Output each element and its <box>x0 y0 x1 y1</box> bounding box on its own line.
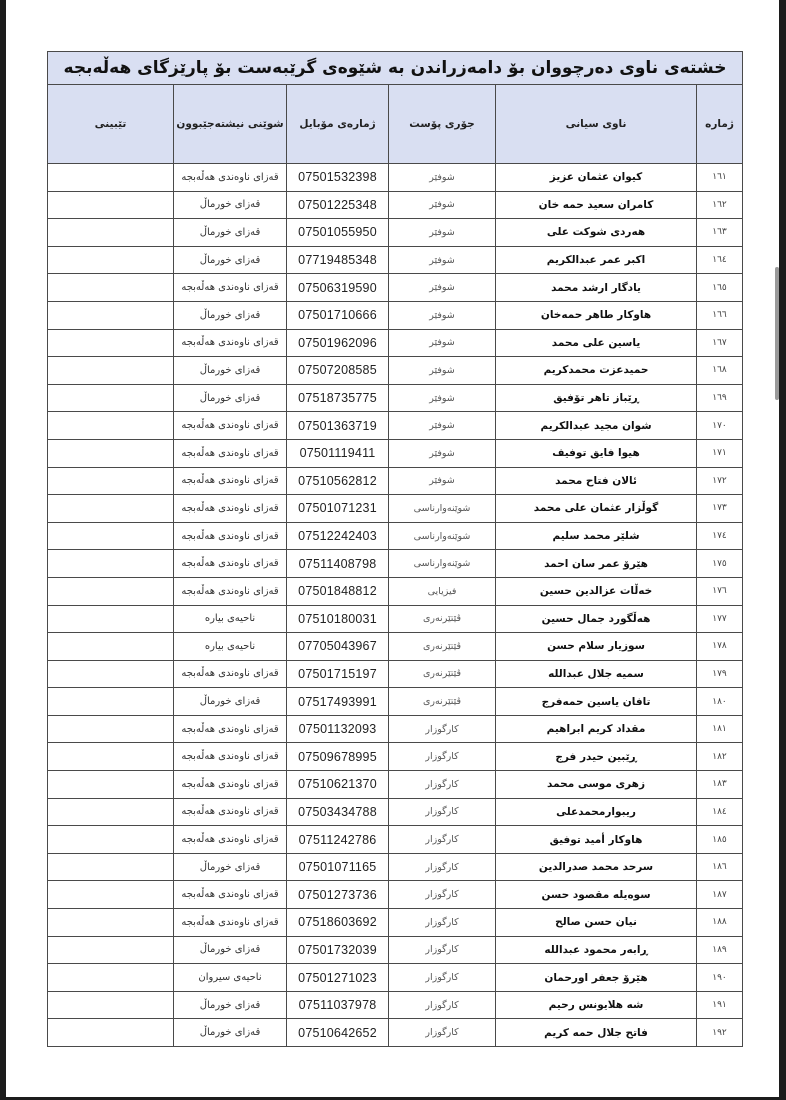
notes-cell <box>48 688 174 716</box>
residence-cell: قەزای ناوەندی هەڵەبجە <box>174 329 287 357</box>
table-row: ١٨٢ڕێبین حیدر فرجکارگوزار07509678995قەزا… <box>48 743 743 771</box>
column-header-mobile: ژمارەی مۆبایل <box>287 85 389 164</box>
table-row: ١٦٧یاسین علی محمدشوفێر07501962096قەزای ن… <box>48 329 743 357</box>
residence-cell: قەزای خورماڵ <box>174 991 287 1019</box>
job-type-cell: شوێنەوارناسی <box>389 495 496 523</box>
full-name-cell: خەڵات عزالدین حسین <box>496 577 697 605</box>
notes-cell <box>48 1019 174 1047</box>
row-number: ١٧٩ <box>697 660 743 688</box>
full-name-cell: هاوکار أمید توفیق <box>496 826 697 854</box>
job-type-cell: کارگوزار <box>389 715 496 743</box>
table-row: ١٧٠شوان مجید عبدالکریمشوفێر07501363719قە… <box>48 412 743 440</box>
table-row: ١٦٥یادگار ارشد محمدشوفێر07506319590قەزای… <box>48 274 743 302</box>
notes-cell <box>48 219 174 247</box>
residence-cell: قەزای ناوەندی هەڵەبجە <box>174 467 287 495</box>
table-row: ١٦١کیوان عثمان عزیزشوفێر07501532398قەزای… <box>48 164 743 192</box>
row-number: ١٧٠ <box>697 412 743 440</box>
row-number: ١٦٤ <box>697 246 743 274</box>
table-row: ١٨٦سرحد محمد صدرالدینکارگوزار07501071165… <box>48 853 743 881</box>
row-number: ١٨٥ <box>697 826 743 854</box>
full-name-cell: کامران سعید حمه خان <box>496 191 697 219</box>
row-number: ١٨٣ <box>697 771 743 799</box>
notes-cell <box>48 246 174 274</box>
residence-cell: قەزای خورماڵ <box>174 853 287 881</box>
mobile-cell: 07501071231 <box>287 495 389 523</box>
notes-cell <box>48 522 174 550</box>
mobile-cell: 07510562812 <box>287 467 389 495</box>
table-row: ١٨١مقداد کریم ابراهیمکارگوزار07501132093… <box>48 715 743 743</box>
full-name-cell: مقداد کریم ابراهیم <box>496 715 697 743</box>
table-row: ١٧٩سمیە جلال عبداللهڤێتێرنەری07501715197… <box>48 660 743 688</box>
job-type-cell: کارگوزار <box>389 881 496 909</box>
residence-cell: قەزای ناوەندی هەڵەبجە <box>174 715 287 743</box>
notes-cell <box>48 467 174 495</box>
residence-cell: ناحیەی بیارە <box>174 605 287 633</box>
notes-cell <box>48 577 174 605</box>
full-name-cell: سوەیلە مقصود حسن <box>496 881 697 909</box>
mobile-cell: 07511037978 <box>287 991 389 1019</box>
notes-cell <box>48 329 174 357</box>
notes-cell <box>48 853 174 881</box>
job-type-cell: شوفێر <box>389 384 496 412</box>
mobile-cell: 07705043967 <box>287 633 389 661</box>
full-name-cell: ڕێبین حیدر فرج <box>496 743 697 771</box>
residence-cell: قەزای ناوەندی هەڵەبجە <box>174 577 287 605</box>
table-row: ١٨٥هاوکار أمید توفیقکارگوزار07511242786ق… <box>48 826 743 854</box>
notes-cell <box>48 936 174 964</box>
table-row: ١٩١شە هلایونس رحیمکارگوزار07511037978قەز… <box>48 991 743 1019</box>
row-number: ١٩٢ <box>697 1019 743 1047</box>
full-name-cell: تافان یاسین حمەفرج <box>496 688 697 716</box>
job-type-cell: کارگوزار <box>389 1019 496 1047</box>
viewer-right-edge <box>779 0 786 1100</box>
row-number: ١٧٢ <box>697 467 743 495</box>
notes-cell <box>48 412 174 440</box>
job-type-cell: کارگوزار <box>389 936 496 964</box>
notes-cell <box>48 991 174 1019</box>
full-name-cell: ئالان فتاح محمد <box>496 467 697 495</box>
job-type-cell: کارگوزار <box>389 964 496 992</box>
row-number: ١٧٨ <box>697 633 743 661</box>
residence-cell: قەزای ناوەندی هەڵەبجە <box>174 274 287 302</box>
table-row: ١٦٢کامران سعید حمه خانشوفێر07501225348قە… <box>48 191 743 219</box>
row-number: ١٧٣ <box>697 495 743 523</box>
residence-cell: قەزای خورماڵ <box>174 357 287 385</box>
residence-cell: قەزای خورماڵ <box>174 1019 287 1047</box>
row-number: ١٨٩ <box>697 936 743 964</box>
notes-cell <box>48 909 174 937</box>
full-name-cell: نیان حسن صالح <box>496 909 697 937</box>
mobile-cell: 07501732039 <box>287 936 389 964</box>
job-type-cell: کارگوزار <box>389 826 496 854</box>
job-type-cell: کارگوزار <box>389 853 496 881</box>
full-name-cell: هاوکار طاهر حمەخان <box>496 301 697 329</box>
table-row: ١٦٨حمیدعزت محمدکریمشوفێر07507208585قەزای… <box>48 357 743 385</box>
mobile-cell: 07512242403 <box>287 522 389 550</box>
notes-cell <box>48 771 174 799</box>
job-type-cell: شوفێر <box>389 329 496 357</box>
notes-cell <box>48 633 174 661</box>
mobile-cell: 07501055950 <box>287 219 389 247</box>
viewer-left-edge <box>0 0 6 1100</box>
notes-cell <box>48 660 174 688</box>
row-number: ١٩٠ <box>697 964 743 992</box>
notes-cell <box>48 384 174 412</box>
residence-cell: قەزای ناوەندی هەڵەبجە <box>174 881 287 909</box>
row-number: ١٦٦ <box>697 301 743 329</box>
row-number: ١٦٧ <box>697 329 743 357</box>
table-row: ١٧٢ئالان فتاح محمدشوفێر07510562812قەزای … <box>48 467 743 495</box>
full-name-cell: شلێر محمد سلیم <box>496 522 697 550</box>
job-type-cell: کارگوزار <box>389 743 496 771</box>
job-type-cell: شوێنەوارناسی <box>389 550 496 578</box>
job-type-cell: شوفێر <box>389 164 496 192</box>
row-number: ١٩١ <box>697 991 743 1019</box>
residence-cell: قەزای ناوەندی هەڵەبجە <box>174 412 287 440</box>
job-type-cell: شوفێر <box>389 301 496 329</box>
job-type-cell: شوێنەوارناسی <box>389 522 496 550</box>
table-row: ١٦٤اکبر عمر عبدالکریمشوفێر07719485348قەز… <box>48 246 743 274</box>
full-name-cell: اکبر عمر عبدالکریم <box>496 246 697 274</box>
mobile-cell: 07501273736 <box>287 881 389 909</box>
table-row: ١٦٩ڕێباز تاهر تۆفیقشوفێر07518735775قەزای… <box>48 384 743 412</box>
row-number: ١٦٥ <box>697 274 743 302</box>
residence-cell: قەزای خورماڵ <box>174 246 287 274</box>
full-name-cell: فاتح جلال حمە کریم <box>496 1019 697 1047</box>
full-name-cell: هەڵگورد جمال حسین <box>496 605 697 633</box>
notes-cell <box>48 881 174 909</box>
table-row: ١٧٥هێرۆ عمر سان احمدشوێنەوارناسی07511408… <box>48 550 743 578</box>
mobile-cell: 07501132093 <box>287 715 389 743</box>
notes-cell <box>48 798 174 826</box>
mobile-cell: 07518735775 <box>287 384 389 412</box>
mobile-cell: 07510621370 <box>287 771 389 799</box>
table-row: ١٨٧سوەیلە مقصود حسنکارگوزار07501273736قە… <box>48 881 743 909</box>
mobile-cell: 07509678995 <box>287 743 389 771</box>
column-header-job-type: جۆری پۆست <box>389 85 496 164</box>
full-name-cell: سوزیار سلام حسن <box>496 633 697 661</box>
notes-cell <box>48 357 174 385</box>
mobile-cell: 07501848812 <box>287 577 389 605</box>
column-header-number: ژمارە <box>697 85 743 164</box>
residence-cell: قەزای خورماڵ <box>174 384 287 412</box>
job-type-cell: کارگوزار <box>389 798 496 826</box>
job-type-cell: ڤێتێرنەری <box>389 633 496 661</box>
residence-cell: قەزای خورماڵ <box>174 936 287 964</box>
mobile-cell: 07506319590 <box>287 274 389 302</box>
notes-cell <box>48 743 174 771</box>
mobile-cell: 07518603692 <box>287 909 389 937</box>
notes-cell <box>48 605 174 633</box>
mobile-cell: 07501271023 <box>287 964 389 992</box>
row-number: ١٧٤ <box>697 522 743 550</box>
notes-cell <box>48 274 174 302</box>
full-name-cell: هێرۆ عمر سان احمد <box>496 550 697 578</box>
full-name-cell: یاسین علی محمد <box>496 329 697 357</box>
row-number: ١٨٢ <box>697 743 743 771</box>
notes-cell <box>48 826 174 854</box>
mobile-cell: 07501119411 <box>287 439 389 467</box>
table-row: ١٨٤ریبوارمحمدعلیکارگوزار07503434788قەزای… <box>48 798 743 826</box>
residence-cell: قەزای ناوەندی هەڵەبجە <box>174 743 287 771</box>
full-name-cell: شوان مجید عبدالکریم <box>496 412 697 440</box>
job-type-cell: شوفێر <box>389 274 496 302</box>
job-type-cell: کارگوزار <box>389 991 496 1019</box>
job-type-cell: فیزیایی <box>389 577 496 605</box>
residence-cell: قەزای ناوەندی هەڵەبجە <box>174 826 287 854</box>
mobile-cell: 07501962096 <box>287 329 389 357</box>
mobile-cell: 07501363719 <box>287 412 389 440</box>
mobile-cell: 07511242786 <box>287 826 389 854</box>
document-page: خشتەی ناوی دەرچووان بۆ دامەزراندن بە شێو… <box>47 51 742 1047</box>
mobile-cell: 07511408798 <box>287 550 389 578</box>
notes-cell <box>48 301 174 329</box>
full-name-cell: سمیە جلال عبدالله <box>496 660 697 688</box>
table-row: ١٧٤شلێر محمد سلیمشوێنەوارناسی07512242403… <box>48 522 743 550</box>
table-row: ١٧٣گوڵزار عثمان علی محمدشوێنەوارناسی0750… <box>48 495 743 523</box>
job-type-cell: شوفێر <box>389 357 496 385</box>
notes-cell <box>48 164 174 192</box>
mobile-cell: 07501715197 <box>287 660 389 688</box>
full-name-cell: گوڵزار عثمان علی محمد <box>496 495 697 523</box>
row-number: ١٦٨ <box>697 357 743 385</box>
full-name-cell: یادگار ارشد محمد <box>496 274 697 302</box>
residence-cell: قەزای ناوەندی هەڵەبجە <box>174 909 287 937</box>
table-row: ١٨٣زهری موسی محمدکارگوزار07510621370قەزا… <box>48 771 743 799</box>
column-header-residence: شوێنی نیشتەجێبوون <box>174 85 287 164</box>
table-row: ١٨٠تافان یاسین حمەفرجڤێتێرنەری0751749399… <box>48 688 743 716</box>
job-type-cell: ڤێتێرنەری <box>389 660 496 688</box>
row-number: ١٦٣ <box>697 219 743 247</box>
full-name-cell: ڕابەر محمود عبدالله <box>496 936 697 964</box>
job-type-cell: شوفێر <box>389 191 496 219</box>
residence-cell: قەزای خورماڵ <box>174 688 287 716</box>
row-number: ١٦٩ <box>697 384 743 412</box>
job-type-cell: شوفێر <box>389 246 496 274</box>
full-name-cell: هێرۆ جعفر اورحمان <box>496 964 697 992</box>
mobile-cell: 07501071165 <box>287 853 389 881</box>
mobile-cell: 07510180031 <box>287 605 389 633</box>
table-body: ١٦١کیوان عثمان عزیزشوفێر07501532398قەزای… <box>48 164 743 1047</box>
mobile-cell: 07501532398 <box>287 164 389 192</box>
residence-cell: قەزای ناوەندی هەڵەبجە <box>174 798 287 826</box>
column-header-full-name: ناوی سیانی <box>496 85 697 164</box>
table-row: ١٦٣هەردی شوکت علیشوفێر07501055950قەزای خ… <box>48 219 743 247</box>
full-name-cell: هەردی شوکت علی <box>496 219 697 247</box>
row-number: ١٦٢ <box>697 191 743 219</box>
row-number: ١٧٧ <box>697 605 743 633</box>
job-type-cell: شوفێر <box>389 467 496 495</box>
table-row: ١٧٨سوزیار سلام حسنڤێتێرنەری07705043967نا… <box>48 633 743 661</box>
table-row: ١٧٦خەڵات عزالدین حسینفیزیایی07501848812ق… <box>48 577 743 605</box>
mobile-cell: 07503434788 <box>287 798 389 826</box>
document-title: خشتەی ناوی دەرچووان بۆ دامەزراندن بە شێو… <box>48 52 743 85</box>
title-row: خشتەی ناوی دەرچووان بۆ دامەزراندن بە شێو… <box>48 52 743 85</box>
full-name-cell: کیوان عثمان عزیز <box>496 164 697 192</box>
column-header-row: ژمارە ناوی سیانی جۆری پۆست ژمارەی مۆبایل… <box>48 85 743 164</box>
notes-cell <box>48 439 174 467</box>
residence-cell: قەزای ناوەندی هەڵەبجە <box>174 550 287 578</box>
row-number: ١٦١ <box>697 164 743 192</box>
job-type-cell: شوفێر <box>389 412 496 440</box>
full-name-cell: هیوا فایق توفیف <box>496 439 697 467</box>
full-name-cell: سرحد محمد صدرالدین <box>496 853 697 881</box>
row-number: ١٧٦ <box>697 577 743 605</box>
mobile-cell: 07501710666 <box>287 301 389 329</box>
residence-cell: قەزای ناوەندی هەڵەبجە <box>174 771 287 799</box>
table-row: ١٧٧هەڵگورد جمال حسینڤێتێرنەری07510180031… <box>48 605 743 633</box>
table-row: ١٨٨نیان حسن صالحکارگوزار07518603692قەزای… <box>48 909 743 937</box>
row-number: ١٧٥ <box>697 550 743 578</box>
row-number: ١٧١ <box>697 439 743 467</box>
table-row: ١٧١هیوا فایق توفیفشوفێر07501119411قەزای … <box>48 439 743 467</box>
residence-cell: قەزای خورماڵ <box>174 301 287 329</box>
job-type-cell: ڤێتێرنەری <box>389 605 496 633</box>
residence-cell: قەزای ناوەندی هەڵەبجە <box>174 164 287 192</box>
mobile-cell: 07501225348 <box>287 191 389 219</box>
full-name-cell: ریبوارمحمدعلی <box>496 798 697 826</box>
job-type-cell: ڤێتێرنەری <box>389 688 496 716</box>
notes-cell <box>48 495 174 523</box>
residence-cell: قەزای ناوەندی هەڵەبجە <box>174 439 287 467</box>
mobile-cell: 07507208585 <box>287 357 389 385</box>
full-name-cell: ڕێباز تاهر تۆفیق <box>496 384 697 412</box>
row-number: ١٨٠ <box>697 688 743 716</box>
notes-cell <box>48 550 174 578</box>
residence-cell: قەزای ناوەندی هەڵەبجە <box>174 660 287 688</box>
row-number: ١٨٧ <box>697 881 743 909</box>
row-number: ١٨١ <box>697 715 743 743</box>
full-name-cell: زهری موسی محمد <box>496 771 697 799</box>
mobile-cell: 07510642652 <box>287 1019 389 1047</box>
notes-cell <box>48 964 174 992</box>
job-type-cell: کارگوزار <box>389 771 496 799</box>
job-type-cell: شوفێر <box>389 439 496 467</box>
residence-cell: قەزای خورماڵ <box>174 219 287 247</box>
mobile-cell: 07517493991 <box>287 688 389 716</box>
job-type-cell: شوفێر <box>389 219 496 247</box>
table-row: ١٨٩ڕابەر محمود عبداللهکارگوزار0750173203… <box>48 936 743 964</box>
table-row: ١٦٦هاوکار طاهر حمەخانشوفێر07501710666قەز… <box>48 301 743 329</box>
residence-cell: ناحیەی سیروان <box>174 964 287 992</box>
table-row: ١٩٢فاتح جلال حمە کریمکارگوزار07510642652… <box>48 1019 743 1047</box>
full-name-cell: حمیدعزت محمدکریم <box>496 357 697 385</box>
notes-cell <box>48 715 174 743</box>
vertical-scrollbar-thumb[interactable] <box>775 267 779 400</box>
table-row: ١٩٠هێرۆ جعفر اورحمانکارگوزار07501271023ن… <box>48 964 743 992</box>
job-type-cell: کارگوزار <box>389 909 496 937</box>
residence-cell: قەزای خورماڵ <box>174 191 287 219</box>
row-number: ١٨٦ <box>697 853 743 881</box>
full-name-cell: شە هلایونس رحیم <box>496 991 697 1019</box>
residence-cell: قەزای ناوەندی هەڵەبجە <box>174 495 287 523</box>
notes-cell <box>48 191 174 219</box>
residence-cell: ناحیەی بیارە <box>174 633 287 661</box>
column-header-notes: تێبینی <box>48 85 174 164</box>
row-number: ١٨٨ <box>697 909 743 937</box>
row-number: ١٨٤ <box>697 798 743 826</box>
graduates-table: خشتەی ناوی دەرچووان بۆ دامەزراندن بە شێو… <box>47 51 743 1047</box>
mobile-cell: 07719485348 <box>287 246 389 274</box>
residence-cell: قەزای ناوەندی هەڵەبجە <box>174 522 287 550</box>
